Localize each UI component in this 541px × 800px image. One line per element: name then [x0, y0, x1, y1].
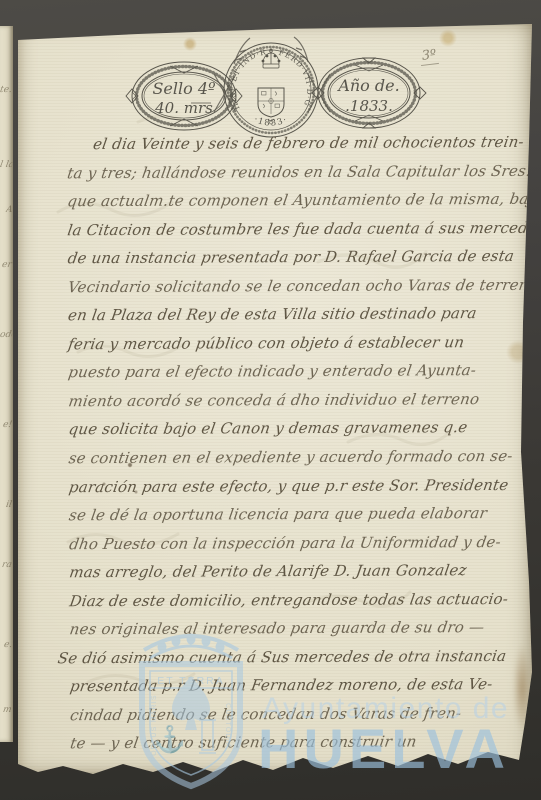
archival-photo: te. l la A er ode e! il ra e. m [0, 0, 541, 800]
stamp-denomination-title: Sello 4º [152, 79, 216, 98]
edge-text-fragment: ode [0, 330, 13, 340]
manuscript-line: que solicita bajo el Canon y demas grava… [66, 418, 538, 449]
manuscript-line: miento acordó se conceda á dho individuo… [66, 390, 538, 421]
edge-text-fragment: m [3, 705, 13, 715]
manuscript-line: Diaz de este domicilio, entregandose tod… [67, 590, 539, 621]
edge-text-fragment: ra [1, 560, 12, 570]
folio-number: 3º [419, 47, 439, 66]
manuscript-line: ta y tres; hallándose reunidos en la Sal… [64, 161, 536, 192]
edge-text-fragment: l la [0, 160, 13, 170]
seal-legend-ferdinand: FERD·VII·D·G [278, 48, 314, 108]
edge-text-fragment: e! [2, 420, 13, 430]
year-stamp-value: .1833. [345, 97, 393, 115]
manuscript-line: de una instancia presentada por D. Rafae… [65, 247, 537, 278]
manuscript-line: que actualm.te componen el Ayuntamiento … [65, 190, 537, 221]
svg-text:FERD·VII·D·G: FERD·VII·D·G [278, 48, 314, 108]
manuscript-line: el dia Veinte y seis de febrero de mil o… [64, 133, 536, 164]
stamp-denomination-value: 40. mrs [154, 99, 213, 117]
edge-text-fragment: il [5, 500, 13, 510]
manuscript-line: te — y el centro suficiente para constru… [67, 732, 539, 763]
manuscript-line: se contienen en el expediente y acuerdo … [66, 447, 538, 478]
edge-text-fragment: A [5, 205, 13, 215]
royal-coat-of-arms-stamp: HISP·ET·IND·R FERD·VII·D·G ·1833· [224, 43, 318, 137]
manuscript-line: nes originales al interesado para guarda… [67, 618, 539, 649]
edge-text-fragment: er [1, 260, 12, 270]
svg-text:HISP·ET·IND·R: HISP·ET·IND·R [228, 47, 268, 111]
manuscript-line: cindad pidiendo se le concedan dos Varas… [67, 704, 539, 735]
manuscript-line: dho Puesto con la inspección para la Uni… [66, 532, 538, 563]
paper-stain [510, 630, 530, 746]
manuscript-line: se le dé la oportuna licencia para que p… [66, 504, 538, 535]
edge-text-fragment: e. [3, 640, 13, 650]
manuscript-line: feria y mercado público con objeto á est… [65, 333, 537, 364]
year-stamp-label: Año de. [336, 76, 399, 95]
manuscript-line: la Citacion de costumbre les fue dada cu… [65, 218, 537, 249]
manuscript-line: en la Plaza del Rey de esta Villa sitio … [65, 304, 537, 335]
manuscript-line: presentada p.r D. Juan Fernandez moreno,… [67, 675, 539, 706]
manuscript-line: Se dió asimismo cuenta á Sus mercedes de… [55, 647, 539, 678]
manuscript-line: mas arreglo, del Perito de Alarife D. Ju… [66, 561, 538, 592]
manuscript-line: paración para este efecto, y que p.r est… [66, 475, 538, 506]
document-page: Sello 4º 40. mrs [18, 22, 533, 774]
manuscript-line: puesto para el efecto indicado y enterad… [65, 361, 537, 392]
manuscript-text: el dia Veinte y seis de febrero de mil o… [66, 133, 537, 763]
manuscript-line: Vecindario solicitando se le concedan oc… [65, 275, 537, 306]
seal-legend-hispaniarum: HISP·ET·IND·R [228, 47, 268, 111]
edge-text-fragment: te. [0, 85, 13, 95]
year-stamp: Año de. .1833. [312, 58, 426, 128]
previous-page-edge: te. l la A er ode e! il ra e. m [0, 26, 13, 742]
